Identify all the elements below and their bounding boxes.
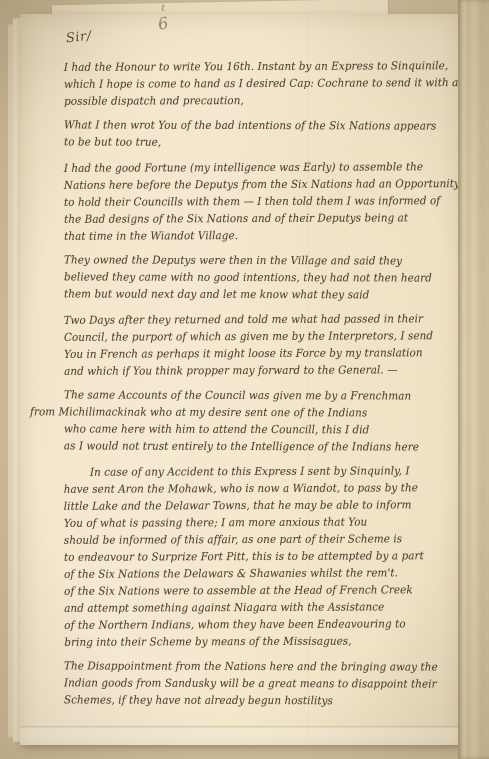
paragraph: I had the Honour to write You 16th. Inst… bbox=[64, 59, 444, 112]
manuscript-line: They owned the Deputys were then in the … bbox=[64, 253, 421, 271]
paragraph: The Disappointment from the Nations here… bbox=[64, 659, 444, 711]
manuscript-line: You in French as perhaps it might loose … bbox=[64, 346, 421, 365]
manuscript-line: should be informed of this affair, as on… bbox=[64, 532, 421, 551]
manuscript-line: as I would not trust entirely to the Int… bbox=[64, 439, 421, 457]
binding-strip bbox=[458, 0, 489, 759]
manuscript-line: I had the Honour to write You 16th. Inst… bbox=[64, 59, 421, 78]
manuscript-line: Council, the purport of which as given m… bbox=[64, 329, 421, 348]
manuscript-line: of the Six Nations were to assemble at t… bbox=[64, 583, 421, 602]
paragraph: In case of any Accident to this Express … bbox=[64, 464, 445, 653]
pencil-mark: t 6 bbox=[158, 4, 168, 33]
manuscript-line: Nations here before the Deputys from the… bbox=[64, 177, 421, 196]
manuscript-line: bring into their Scheme by means of the … bbox=[64, 634, 421, 653]
manuscript-line: Two Days after they returned and told me… bbox=[64, 312, 421, 331]
manuscript-line: I had the good Fortune (my intelligence … bbox=[64, 160, 421, 179]
manuscript-line: The same Accounts of the Council was giv… bbox=[64, 388, 421, 406]
salutation: Sir/ bbox=[65, 29, 92, 47]
manuscript-line: from Michilimackinak who at my desire se… bbox=[30, 405, 419, 423]
manuscript-line: Indian goods from Sandusky will be a gre… bbox=[64, 676, 421, 694]
paragraph: What I then wrot You of the bad intentio… bbox=[64, 118, 444, 153]
manuscript-line: the Bad designs of the Six Nations and o… bbox=[64, 211, 421, 230]
manuscript-line: have sent Aron the Mohawk, who is now a … bbox=[64, 481, 421, 500]
manuscript-photo: { "colors": { "mat": "#cdbb99", "paper":… bbox=[0, 0, 489, 759]
pencil-mark-main: 6 bbox=[156, 13, 170, 34]
manuscript-line: to endeavour to Surprize Fort Pitt, this… bbox=[64, 549, 421, 568]
paragraph: I had the good Fortune (my intelligence … bbox=[64, 160, 444, 247]
manuscript-line: which I hope is come to hand as I desire… bbox=[64, 76, 421, 95]
manuscript-line: who came here with him to attend the Cou… bbox=[64, 422, 421, 440]
manuscript-line: Schemes, if they have not already begun … bbox=[64, 693, 421, 711]
paragraph: Two Days after they returned and told me… bbox=[64, 312, 444, 382]
manuscript-line: The Disappointment from the Nations here… bbox=[64, 659, 421, 677]
bottom-fold-area bbox=[20, 729, 460, 745]
manuscript-line: and which if You think propper may forwa… bbox=[64, 363, 421, 382]
paragraph: They owned the Deputys were then in the … bbox=[64, 253, 444, 305]
manuscript-line: believed they came with no good intentio… bbox=[64, 270, 421, 288]
manuscript-line: of the Six Nations the Delawars & Shawan… bbox=[64, 566, 421, 585]
manuscript-line: that time in the Wiandot Village. bbox=[64, 228, 421, 247]
bottom-fold-crease bbox=[20, 726, 460, 729]
manuscript-line: In case of any Accident to this Express … bbox=[64, 464, 421, 483]
manuscript-line: to hold their Councills with them — I th… bbox=[64, 194, 421, 213]
manuscript-line: little Lake and the Delawar Towns, that … bbox=[64, 498, 421, 517]
manuscript-line: them but would next day and let me know … bbox=[64, 287, 421, 305]
manuscript-line: possible dispatch and precaution, bbox=[64, 93, 421, 112]
manuscript-line: What I then wrot You of the bad intentio… bbox=[64, 118, 421, 136]
manuscript-line: You of what is passing there; I am more … bbox=[64, 515, 421, 534]
paragraph: The same Accounts of the Council was giv… bbox=[64, 388, 444, 457]
manuscript-line: and attempt something against Niagara wi… bbox=[64, 600, 421, 619]
letter-body: I had the Honour to write You 16th. Inst… bbox=[64, 60, 444, 719]
manuscript-line: of the Northern Indians, whom they have … bbox=[64, 617, 421, 636]
manuscript-line: to be but too true, bbox=[64, 135, 421, 153]
pencil-mark-top: t bbox=[158, 4, 168, 14]
